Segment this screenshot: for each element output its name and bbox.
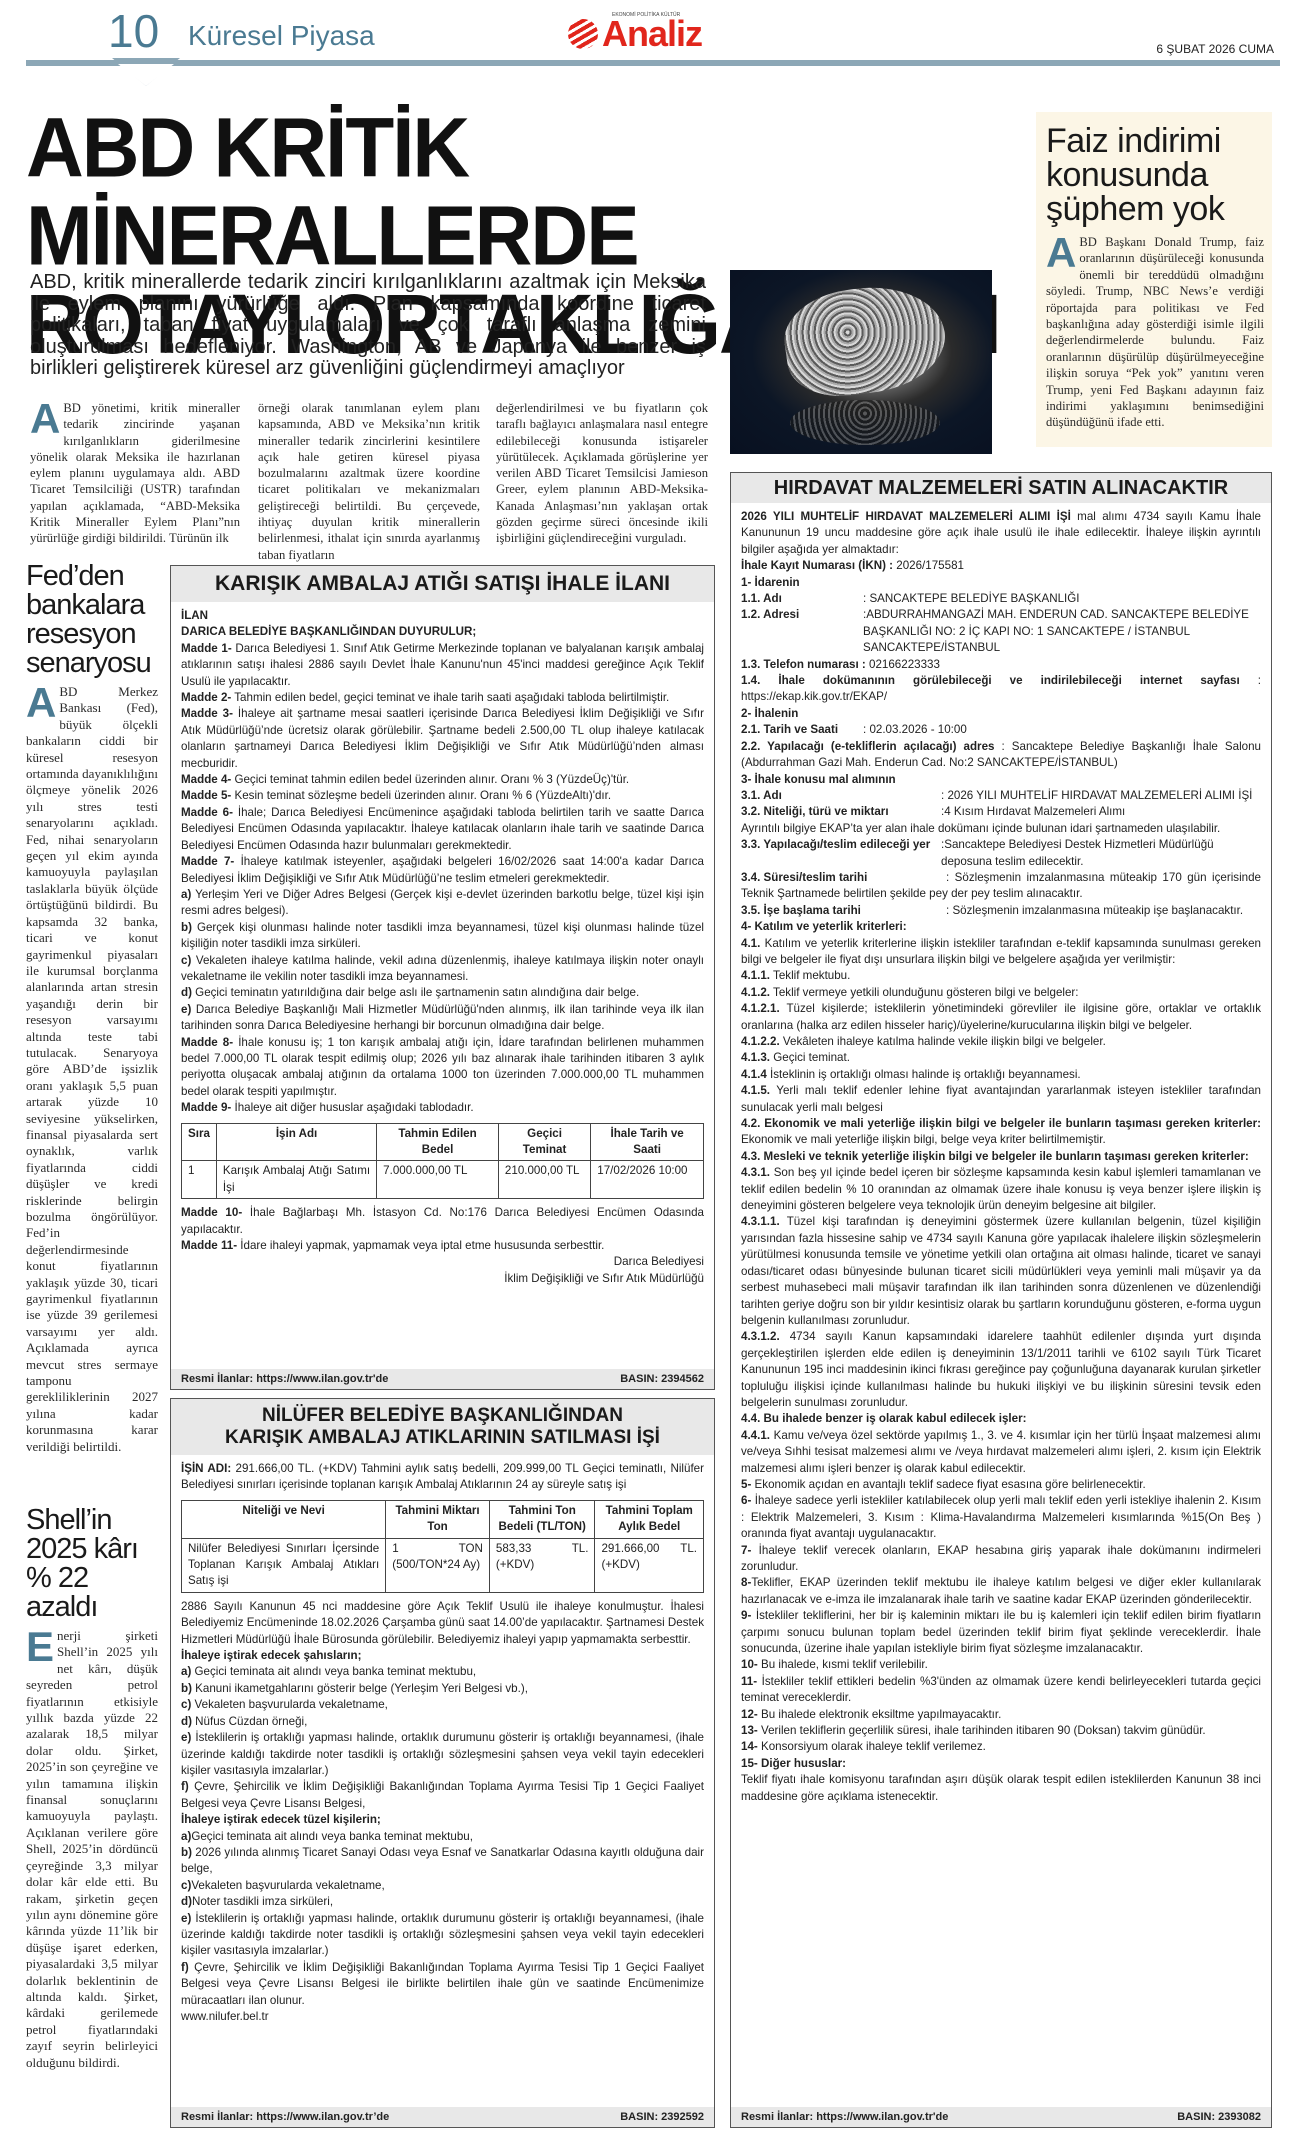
ad-title-line-2: KARIŞIK AMBALAJ ATIKLARININ SATILMASI İŞ… bbox=[171, 1427, 714, 1449]
ad-item-label: 4.3. Mesleki ve teknik yeterliğe ilişkin… bbox=[741, 1150, 1249, 1163]
section-1: 1- İdarenin bbox=[741, 575, 1261, 591]
ad-item-label: Madde 2- bbox=[181, 691, 231, 704]
kv-row: 3.2. Niteliği, türü ve miktarı:4 Kısım H… bbox=[741, 804, 1261, 820]
ad-item-text: Bu ihalede elektronik eksiltme yapılmaya… bbox=[758, 1708, 1002, 1721]
ad-item-text: İhale; Darıca Belediyesi Encümenince aşa… bbox=[181, 806, 704, 852]
ad-item: c) Vekaleten başvurularda vekaletname, bbox=[181, 1697, 704, 1713]
ad-item: 11- İstekliler teklif ettikleri bedelin … bbox=[741, 1674, 1261, 1707]
ad-item-text: Çevre, Şehircilik ve İklim Değişikliği B… bbox=[181, 1780, 704, 1809]
ad-title-line-1: NİLÜFER BELEDİYE BAŞKANLIĞINDAN bbox=[171, 1405, 714, 1427]
shell-story: Shell’in 2025 kârı % 22 azaldı Enerji şi… bbox=[26, 1506, 158, 2071]
ad-item-text: İhaleye teklif verecek olanların, EKAP h… bbox=[741, 1544, 1261, 1573]
ad-item: Madde 9- İhaleye ait diğer hususlar aşağ… bbox=[181, 1100, 704, 1116]
kv-label: 1.2. Adresi bbox=[741, 607, 863, 656]
ad-item-text: Geçici teminat tahmin edilen bedel üzeri… bbox=[231, 773, 629, 786]
ad-item-label: 15- Diğer hususlar: bbox=[741, 1757, 846, 1770]
ad-item-label: 5- bbox=[741, 1478, 751, 1491]
isin-adi-text: 291.666,00 TL. (+KDV) Tahmini aylık satı… bbox=[181, 1462, 704, 1491]
ad-item-label: b) bbox=[181, 1682, 192, 1695]
ad-item-text: Verilen tekliflerin geçerlilik süresi, i… bbox=[758, 1724, 1206, 1737]
kv-label: 3.1. Adı bbox=[741, 788, 941, 804]
nilufer-tender-ad: NİLÜFER BELEDİYE BAŞKANLIĞINDAN KARIŞIK … bbox=[170, 1398, 715, 2128]
ad-item: 4.3.1.1. Tüzel kişi tarafından iş deneyi… bbox=[741, 1214, 1261, 1329]
ad-item-label: 4.4. Bu ihalede benzer iş olarak kabul e… bbox=[741, 1412, 1026, 1425]
dropcap: A bbox=[26, 686, 56, 720]
fed-story-text: BD Merkez Bankası (Fed), büyük ölçekli b… bbox=[26, 684, 158, 1454]
ad-item-text: İstekliler tekliflerini, her bir iş kale… bbox=[741, 1609, 1261, 1655]
table-body: 1Karışık Ambalaj Atığı Satımı İşi7.000.0… bbox=[182, 1161, 704, 1199]
ad-item-label: f) bbox=[181, 1961, 189, 1974]
table-cell: 583,33 TL. (+KDV) bbox=[489, 1538, 595, 1592]
shell-story-body: Enerji şirketi Shell’in 2025 yılı net kâ… bbox=[26, 1628, 158, 2071]
kv-label: 3.4. Süresi/teslim tarihi bbox=[741, 870, 946, 886]
kv-label: 3.5. İşe başlama tarihi bbox=[741, 903, 946, 919]
ad-item: 4.1.2.1. Tüzel kişilerde; isteklilerin y… bbox=[741, 1001, 1261, 1034]
kv-label: 2.1. Tarih ve Saati bbox=[741, 722, 863, 738]
ad-item-label: 8- bbox=[741, 1576, 751, 1589]
main-story-column-2: örneği olarak tanımlanan eylem planı kap… bbox=[258, 400, 480, 563]
ad-item-text: Teklif mektubu. bbox=[770, 969, 850, 982]
ad-footer: Resmi İlanlar: https://www.ilan.gov.tr’d… bbox=[171, 2107, 714, 2127]
ad-item-text: Katılım ve yeterlik kriterlerine ilişkin… bbox=[741, 937, 1261, 966]
ad-item-text: Kesin teminat sözleşme bedeli üzerinden … bbox=[231, 789, 611, 802]
ad-item-text: İhaleye sadece yerli istekliler katılabi… bbox=[741, 1494, 1261, 1540]
ad-items: Madde 1- Darıca Belediyesi 1. Sınıf Atık… bbox=[181, 641, 704, 1117]
isin-adi: İŞİN ADI: 291.666,00 TL. (+KDV) Tahmini … bbox=[181, 1461, 704, 1494]
ad-item-label: 4.1.5. bbox=[741, 1084, 770, 1097]
ad-item-label: 4.1.2.1. bbox=[741, 1002, 780, 1015]
ad-items: 4.1. Katılım ve yeterlik kriterlerine il… bbox=[741, 936, 1261, 1773]
faiz-story-text: BD Başkanı Donald Trump, faiz oranlarını… bbox=[1046, 235, 1264, 429]
table-cell: 1 TON (500/TON*24 Ay) bbox=[386, 1538, 490, 1592]
column-text: BD yönetimi, kritik mineraller tedarik z… bbox=[30, 401, 240, 545]
ad-subtitle: DARICA BELEDİYE BAŞKANLIĞINDAN DUYURULUR… bbox=[181, 624, 704, 640]
nilufer-tender-table: Niteliği ve NeviTahmini Miktarı TonTahmi… bbox=[181, 1500, 704, 1593]
main-lead: ABD, kritik minerallerde tedarik zinciri… bbox=[30, 272, 706, 380]
ad-item-label: b) bbox=[181, 921, 192, 934]
faiz-story-box: Faiz indirimi konusunda şüphem yok ABD B… bbox=[1036, 112, 1272, 447]
table-header-cell: Tahmini Ton Bedeli (TL/TON) bbox=[489, 1500, 595, 1538]
ad-item: 15- Diğer hususlar: bbox=[741, 1756, 1261, 1772]
sahis-title: İhaleye iştirak edecek şahısların; bbox=[181, 1648, 704, 1664]
ad-signature-1: Darıca Belediyesi bbox=[181, 1254, 704, 1270]
issue-date: 6 ŞUBAT 2026 CUMA bbox=[1156, 42, 1274, 56]
kv-label: 3.2. Niteliği, türü ve miktarı bbox=[741, 804, 941, 820]
ad-press-number: BASIN: 2393082 bbox=[1177, 2111, 1261, 2123]
ad-item-text: Tüzel kişilerde; isteklilerin yönetimind… bbox=[741, 1002, 1261, 1031]
ad-paragraph: 2886 Sayılı Kanunun 45 nci maddesine gör… bbox=[181, 1599, 704, 1648]
table-row: Nilüfer Belediyesi Sınırları İçersinde T… bbox=[182, 1538, 704, 1592]
kv-value: : Sözleşmenin imzalanmasına müteakip işe… bbox=[946, 903, 1243, 919]
mineral-rock-photo bbox=[730, 270, 992, 454]
newspaper-logo[interactable]: EKONOMİ POLİTİKA KÜLTÜR Analiz bbox=[568, 16, 748, 52]
table-header-cell: Geçici Teminat bbox=[498, 1123, 590, 1161]
table-cell: 17/02/2026 10:00 bbox=[591, 1161, 704, 1199]
section-3: 3- İhale konusu mal alımının bbox=[741, 772, 1261, 788]
table-header-cell: İşin Adı bbox=[216, 1123, 376, 1161]
main-story-column-1: ABD yönetimi, kritik mineraller tedarik … bbox=[30, 400, 240, 547]
ad-item: 4.4. Bu ihalede benzer iş olarak kabul e… bbox=[741, 1411, 1261, 1427]
ad-title: KARIŞIK AMBALAJ ATIĞI SATIŞI İHALE İLANI bbox=[171, 566, 714, 602]
ad-item-text: Yerleşim Yeri ve Diğer Adres Belgesi (Ge… bbox=[181, 888, 704, 917]
ad-item-label: 4.1.4 bbox=[741, 1068, 767, 1081]
darica-tender-table: Sıraİşin AdıTahmin Edilen BedelGeçici Te… bbox=[181, 1123, 704, 1200]
ad-item-label: 4.1.2.2. bbox=[741, 1035, 780, 1048]
ad-body: 2026 YILI MUHTELİF HIRDAVAT MALZEMELERİ … bbox=[731, 503, 1271, 1805]
ad-body: İLAN DARICA BELEDİYE BAŞKANLIĞINDAN DUYU… bbox=[171, 602, 714, 1287]
ad-item-text: İsteklilerin iş ortaklığı yapması halind… bbox=[181, 1912, 704, 1958]
ad-item-text: İsteklilerin iş ortaklığı yapması halind… bbox=[181, 1731, 704, 1777]
table-header-cell: Tahmini Miktarı Ton bbox=[386, 1500, 490, 1538]
ad-item-text: Kanuni ikametgahlarını gösterir belge (Y… bbox=[192, 1682, 528, 1695]
header-rule-chevron-inner bbox=[118, 64, 174, 86]
ad-item-text: Tahmin edilen bedel, geçici teminat ve i… bbox=[231, 691, 669, 704]
ad-item: b) Gerçek kişi olunması halinde noter ta… bbox=[181, 920, 704, 953]
ad-intro-bold: 2026 YILI MUHTELİF HIRDAVAT MALZEMELERİ … bbox=[741, 510, 1071, 523]
kv-value: 02166223333 bbox=[866, 658, 940, 671]
ad-item-text: Ekonomik ve mali yeterliğe ilişkin bilgi… bbox=[741, 1133, 1106, 1146]
ad-item-label: Madde 9- bbox=[181, 1101, 231, 1114]
table-header-cell: Tahmini Toplam Aylık Bedel bbox=[595, 1500, 704, 1538]
ad-item: d)Noter tasdikli imza sirküleri, bbox=[181, 1894, 704, 1910]
logo-tagline: EKONOMİ POLİTİKA KÜLTÜR bbox=[612, 12, 680, 18]
table-header-cell: Tahmin Edilen Bedel bbox=[377, 1123, 499, 1161]
ad-item-label: 6- bbox=[741, 1494, 751, 1507]
ad-item-label: 7- bbox=[741, 1544, 751, 1557]
ad-item: 4.1.1. Teklif mektubu. bbox=[741, 968, 1261, 984]
ad-item-label: Madde 10- bbox=[181, 1206, 242, 1219]
table-header-cell: Sıra bbox=[182, 1123, 217, 1161]
ad-item-label: a) bbox=[181, 1830, 191, 1843]
ad-item: 4.4.1. Kamu ve/veya özel sektörde yapılm… bbox=[741, 1428, 1261, 1477]
ad-signature-2: İklim Değişikliği ve Sıfır Atık Müdürlüğ… bbox=[181, 1271, 704, 1287]
ad-item-label: 4.1.2. bbox=[741, 986, 770, 999]
ad-item-label: c) bbox=[181, 1879, 191, 1892]
dropcap: A bbox=[1046, 236, 1076, 270]
ad-title: NİLÜFER BELEDİYE BAŞKANLIĞINDAN KARIŞIK … bbox=[171, 1399, 714, 1455]
ad-item-label: e) bbox=[181, 1731, 191, 1744]
ad-closing: Teklif fiyatı ihale komisyonu tarafından… bbox=[741, 1772, 1261, 1805]
fed-story-body: ABD Merkez Bankası (Fed), büyük ölçekli … bbox=[26, 684, 158, 1455]
ad-item: Madde 7- İhaleye katılmak isteyenler, aş… bbox=[181, 854, 704, 887]
isin-adi-label: İŞİN ADI: bbox=[181, 1462, 231, 1475]
ad-item: 10- Bu ihalede, kısmi teklif verilebilir… bbox=[741, 1657, 1261, 1673]
ad-item: Madde 2- Tahmin edilen bedel, geçici tem… bbox=[181, 690, 704, 706]
rock-reflection bbox=[790, 400, 940, 445]
ad-item-text: Noter tasdikli imza sirküleri, bbox=[192, 1895, 333, 1908]
ad-item-label: 11- bbox=[741, 1675, 757, 1688]
ad-item-label: 14- bbox=[741, 1740, 758, 1753]
ad-item-label: 4.1. bbox=[741, 937, 760, 950]
ad-item-text: 4734 sayılı Kanun kapsamındaki idarelere… bbox=[741, 1330, 1261, 1409]
ikn: İhale Kayıt Numarası (İKN) : 2026/175581 bbox=[741, 558, 1261, 574]
hirdavat-tender-ad: HIRDAVAT MALZEMELERİ SATIN ALINACAKTIR 2… bbox=[730, 472, 1272, 2128]
ad-item-text: Vekaleten başvurularda vekaletname, bbox=[191, 1698, 388, 1711]
kv-row: 1.3. Telefon numarası : 02166223333 bbox=[741, 657, 1261, 673]
ad-item: 4.1.2.2. Vekâleten ihaleye katılma halin… bbox=[741, 1034, 1261, 1050]
ad-item-label: 4.4.1. bbox=[741, 1429, 770, 1442]
kv-label: 1.1. Adı bbox=[741, 591, 863, 607]
table-cell: 1 bbox=[182, 1161, 217, 1199]
ad-item-label: 4.1.1. bbox=[741, 969, 770, 982]
ad-item-label: Madde 8- bbox=[181, 1036, 233, 1049]
ad-item-text: Vekaleten ihaleye katılma halinde, vekil… bbox=[181, 954, 704, 983]
ad-title: HIRDAVAT MALZEMELERİ SATIN ALINACAKTIR bbox=[731, 473, 1271, 503]
ad-item: c)Vekaleten başvurularda vekaletname, bbox=[181, 1878, 704, 1894]
section-4: 4- Katılım ve yeterlik kriterleri: bbox=[741, 919, 1261, 935]
ad-item: Madde 10- İhale Bağlarbaşı Mh. İstasyon … bbox=[181, 1205, 704, 1238]
ad-item-label: b) bbox=[181, 1846, 192, 1859]
website-link[interactable]: www.nilufer.bel.tr bbox=[181, 2009, 704, 2025]
ad-item: a) Geçici teminata ait alındı veya banka… bbox=[181, 1664, 704, 1680]
ad-item-label: c) bbox=[181, 954, 191, 967]
ad-item-text: Darıca Belediyesi 1. Sınıf Atık Getirme … bbox=[181, 642, 704, 688]
ad-item-text: Yerli malı teklif edenler lehine fiyat a… bbox=[741, 1084, 1261, 1113]
ad-item-text: Geçici teminatın yatırıldığına dair belg… bbox=[192, 986, 639, 999]
ad-item: a)Geçici teminata ait alındı veya banka … bbox=[181, 1829, 704, 1845]
ad-item-text: Teklif vermeye yetkili olunduğunu göster… bbox=[770, 986, 1079, 999]
ad-item-text: Vekaleten başvurularda vekaletname, bbox=[191, 1879, 384, 1892]
ad-press-number: BASIN: 2392592 bbox=[620, 2111, 704, 2123]
table-header-row: Sıraİşin AdıTahmin Edilen BedelGeçici Te… bbox=[182, 1123, 704, 1161]
fed-story-title: Fed’den bankalara resesyon senaryosu bbox=[26, 562, 158, 678]
faiz-story-body: ABD Başkanı Donald Trump, faiz oranların… bbox=[1046, 234, 1264, 431]
ad-item-label: c) bbox=[181, 1698, 191, 1711]
globe-logo-icon bbox=[568, 19, 598, 49]
headline-line-1: ABD KRİTİK MİNERALLERDE bbox=[26, 104, 1006, 280]
ad-item-text: Ekonomik açıdan en avantajlı teklif sade… bbox=[751, 1478, 1145, 1491]
ad-item-label: Madde 5- bbox=[181, 789, 231, 802]
ad-intro: 2026 YILI MUHTELİF HIRDAVAT MALZEMELERİ … bbox=[741, 509, 1261, 558]
ad-item: c) Vekaleten ihaleye katılma halinde, ve… bbox=[181, 953, 704, 986]
ad-ilan-label: İLAN bbox=[181, 608, 704, 624]
ad-item: Madde 4- Geçici teminat tahmin edilen be… bbox=[181, 772, 704, 788]
ad-item-label: Madde 6- bbox=[181, 806, 233, 819]
ad-item-label: a) bbox=[181, 888, 191, 901]
ad-item-text: Nüfus Cüzdan örneği, bbox=[192, 1715, 307, 1728]
ad-item-text: İhaleye ait diğer hususlar aşağıdaki tab… bbox=[231, 1101, 473, 1114]
ad-item-text: Tüzel kişi tarafından iş deneyimini göst… bbox=[741, 1215, 1261, 1326]
kv-row: 3.4. Süresi/teslim tarihi: Sözleşmenin i… bbox=[741, 870, 1261, 903]
ad-item: 13- Verilen tekliflerin geçerlilik süres… bbox=[741, 1723, 1261, 1739]
kv-value: : 2026 YILI MUHTELİF HIRDAVAT MALZEMELER… bbox=[941, 788, 1252, 804]
kv-value: :4 Kısım Hırdavat Malzemeleri Alımı bbox=[941, 804, 1125, 820]
kv-row: 3.1. Adı: 2026 YILI MUHTELİF HIRDAVAT MA… bbox=[741, 788, 1261, 804]
ad-item: 4.3. Mesleki ve teknik yeterliğe ilişkin… bbox=[741, 1149, 1261, 1165]
ad-item-text: Vekâleten ihaleye katılma halinde vekile… bbox=[780, 1035, 1106, 1048]
ad-item: 4.1. Katılım ve yeterlik kriterlerine il… bbox=[741, 936, 1261, 969]
ad-footer-link[interactable]: Resmi İlanlar: https://www.ilan.gov.tr'd… bbox=[741, 2111, 948, 2123]
rock-image bbox=[778, 277, 951, 403]
ad-item-text: Geçici teminata ait alındı veya banka te… bbox=[191, 1830, 473, 1843]
dropcap: E bbox=[26, 1630, 54, 1664]
header-rule bbox=[26, 60, 1280, 66]
kv-row: 3.3. Yapılacağı/teslim edileceği yer:San… bbox=[741, 837, 1261, 870]
ikn-label: İhale Kayıt Numarası (İKN) : bbox=[741, 559, 893, 572]
ad-footer-link[interactable]: Resmi İlanlar: https://www.ilan.gov.tr’d… bbox=[181, 2111, 389, 2123]
ad-item-label: 4.3.1.2. bbox=[741, 1330, 780, 1343]
ad-item-text: İsteklinin iş ortaklığı olması halinde i… bbox=[767, 1068, 1081, 1081]
ad-item: Madde 6- İhale; Darıca Belediyesi Encüme… bbox=[181, 805, 704, 854]
note: Ayrıntılı bilgiye EKAP’ta yer alan ihale… bbox=[741, 821, 1261, 837]
ad-item-label: 10- bbox=[741, 1658, 758, 1671]
dropcap: A bbox=[30, 402, 60, 436]
kv-row: 1.2. Adresi:ABDURRAHMANGAZİ MAH. ENDERUN… bbox=[741, 607, 1261, 656]
table-cell: 210.000,00 TL bbox=[498, 1161, 590, 1199]
shell-story-title: Shell’in 2025 kârı % 22 azaldı bbox=[26, 1506, 158, 1622]
ad-item: Madde 5- Kesin teminat sözleşme bedeli ü… bbox=[181, 788, 704, 804]
ad-item: 8-Teklifler, EKAP üzerinden teklif mektu… bbox=[741, 1575, 1261, 1608]
ad-item: 4.3.1.2. 4734 sayılı Kanun kapsamındaki … bbox=[741, 1329, 1261, 1411]
ad-item-text: İstekliler teklif ettikleri bedelin %3'ü… bbox=[741, 1675, 1261, 1704]
ad-item-label: d) bbox=[181, 986, 192, 999]
ad-item: e) İsteklilerin iş ortaklığı yapması hal… bbox=[181, 1911, 704, 1960]
ad-item-text: 2026 yılında alınmış Ticaret Sanayi Odas… bbox=[181, 1846, 704, 1875]
table-cell: Karışık Ambalaj Atığı Satımı İşi bbox=[216, 1161, 376, 1199]
kv-label: 1.4. İhale dokümanının görülebileceği ve… bbox=[741, 674, 1240, 687]
ad-item-label: 4.2. Ekonomik ve mali yeterliğe ilişkin … bbox=[741, 1117, 1261, 1130]
ad-item-text: Gerçek kişi olunması halinde noter tasdi… bbox=[181, 921, 704, 950]
ad-item: e) İsteklilerin iş ortaklığı yapması hal… bbox=[181, 1730, 704, 1779]
kv-row: 3.5. İşe başlama tarihi: Sözleşmenin imz… bbox=[741, 903, 1261, 919]
ikn-value: 2026/175581 bbox=[893, 559, 964, 572]
shell-story-text: nerji şirketi Shell’in 2025 yılı net kâr… bbox=[26, 1628, 158, 2070]
ad-item-text: İdare ihaleyi yapmak, yapmamak veya ipta… bbox=[237, 1239, 604, 1252]
ad-item: 4.1.2. Teklif vermeye yetkili olunduğunu… bbox=[741, 985, 1261, 1001]
kv-label: 3.3. Yapılacağı/teslim edileceği yer bbox=[741, 837, 941, 870]
ad-item-text: Son beş yıl içinde bedel içeren bir sözl… bbox=[741, 1166, 1261, 1212]
ad-item-label: d) bbox=[181, 1895, 192, 1908]
logo-text: Analiz bbox=[602, 16, 702, 52]
ad-item: 6- İhaleye sadece yerli istekliler katıl… bbox=[741, 1493, 1261, 1542]
kv-value: :ABDURRAHMANGAZİ MAH. ENDERUN CAD. SANCA… bbox=[863, 607, 1261, 656]
ad-press-number: BASIN: 2394562 bbox=[620, 1373, 704, 1385]
ad-item: a) Yerleşim Yeri ve Diğer Adres Belgesi … bbox=[181, 887, 704, 920]
table-cell: 291.666,00 TL. (+KDV) bbox=[595, 1538, 704, 1592]
ad-item: 4.3.1. Son beş yıl içinde bedel içeren b… bbox=[741, 1165, 1261, 1214]
table-header-cell: İhale Tarih ve Saati bbox=[591, 1123, 704, 1161]
kv-value: : 02.03.2026 - 10:00 bbox=[863, 722, 967, 738]
ad-item-text: Geçici teminat. bbox=[770, 1051, 850, 1064]
ad-item-text: Teklifler, EKAP üzerinden teklif mektubu… bbox=[741, 1576, 1261, 1605]
ad-item: Madde 3- İhaleye ait şartname mesai saat… bbox=[181, 706, 704, 772]
ad-item: b) Kanuni ikametgahlarını gösterir belge… bbox=[181, 1681, 704, 1697]
ad-item: b) 2026 yılında alınmış Ticaret Sanayi O… bbox=[181, 1845, 704, 1878]
ad-item-label: e) bbox=[181, 1003, 191, 1016]
ad-item-text: Darıca Belediye Başkanlığı Mali Hizmetle… bbox=[181, 1003, 704, 1032]
ad-item: 5- Ekonomik açıdan en avantajlı teklif s… bbox=[741, 1477, 1261, 1493]
table-body: Nilüfer Belediyesi Sınırları İçersinde T… bbox=[182, 1538, 704, 1592]
table-header-cell: Niteliği ve Nevi bbox=[182, 1500, 386, 1538]
kv-value: : SANCAKTEPE BELEDİYE BAŞKANLIĞI bbox=[863, 591, 1080, 607]
ad-item-label: Madde 7- bbox=[181, 855, 234, 868]
page-number: 10 bbox=[108, 8, 159, 54]
ad-items-after: Madde 10- İhale Bağlarbaşı Mh. İstasyon … bbox=[181, 1205, 704, 1254]
table-row: 1Karışık Ambalaj Atığı Satımı İşi7.000.0… bbox=[182, 1161, 704, 1199]
ad-item: Madde 8- İhale konusu iş; 1 ton karışık … bbox=[181, 1035, 704, 1101]
ad-item-label: 13- bbox=[741, 1724, 758, 1737]
ad-item: 4.1.5. Yerli malı teklif edenler lehine … bbox=[741, 1083, 1261, 1116]
ad-item-label: d) bbox=[181, 1715, 192, 1728]
ad-item: e) Darıca Belediye Başkanlığı Mali Hizme… bbox=[181, 1002, 704, 1035]
ad-item-label: f) bbox=[181, 1780, 189, 1793]
ad-item: f) Çevre, Şehircilik ve İklim Değişikliğ… bbox=[181, 1960, 704, 2009]
ad-item-label: 12- bbox=[741, 1708, 758, 1721]
ad-item-label: 4.3.1.1. bbox=[741, 1215, 780, 1228]
fed-story: Fed’den bankalara resesyon senaryosu ABD… bbox=[26, 562, 158, 1455]
kv-row: 2.2. Yapılacağı (e-tekliflerin açılacağı… bbox=[741, 739, 1261, 772]
ad-item: d) Geçici teminatın yatırıldığına dair b… bbox=[181, 985, 704, 1001]
ad-item-text: Bu ihalede, kısmi teklif verilebilir. bbox=[758, 1658, 928, 1671]
ad-item-text: Kamu ve/veya özel sektörde yapılmış 1., … bbox=[741, 1429, 1261, 1475]
ad-item: 7- İhaleye teklif verecek olanların, EKA… bbox=[741, 1543, 1261, 1576]
ad-item-text: İhaleye katılmak isteyenler, aşağıdaki b… bbox=[181, 855, 704, 884]
kv-row: 1.4. İhale dokümanının görülebileceği ve… bbox=[741, 673, 1261, 706]
darica-tender-ad: KARIŞIK AMBALAJ ATIĞI SATIŞI İHALE İLANI… bbox=[170, 565, 715, 1390]
ad-item-text: İhale konusu iş; 1 ton karışık ambalaj a… bbox=[181, 1036, 704, 1098]
tuzel-title: İhaleye iştirak edecek tüzel kişilerin; bbox=[181, 1812, 704, 1828]
tuzel-items: a)Geçici teminata ait alındı veya banka … bbox=[181, 1829, 704, 2009]
ad-item-text: İhale Bağlarbaşı Mh. İstasyon Cd. No:176… bbox=[181, 1206, 704, 1235]
faiz-story-title: Faiz indirimi konusunda şüphem yok bbox=[1046, 124, 1264, 226]
ad-item: 12- Bu ihalede elektronik eksiltme yapıl… bbox=[741, 1707, 1261, 1723]
ad-item: d) Nüfus Cüzdan örneği, bbox=[181, 1714, 704, 1730]
ad-footer: Resmi İlanlar: https://www.ilan.gov.tr'd… bbox=[731, 2107, 1271, 2127]
ad-item-text: İhaleye ait şartname mesai saatleri içer… bbox=[181, 707, 704, 769]
ad-item-label: Madde 4- bbox=[181, 773, 231, 786]
ad-item: 4.1.4 İsteklinin iş ortaklığı olması hal… bbox=[741, 1067, 1261, 1083]
table-cell: Nilüfer Belediyesi Sınırları İçersinde T… bbox=[182, 1538, 386, 1592]
section-2: 2- İhalenin bbox=[741, 706, 1261, 722]
kv-row: 2.1. Tarih ve Saati: 02.03.2026 - 10:00 bbox=[741, 722, 1261, 738]
ad-item: 4.1.3. Geçici teminat. bbox=[741, 1050, 1261, 1066]
kv-value: :Sancaktepe Belediyesi Destek Hizmetleri… bbox=[941, 837, 1261, 870]
kv-label: 2.2. Yapılacağı (e-tekliflerin açılacağı… bbox=[741, 740, 994, 753]
table-header-row: Niteliği ve NeviTahmini Miktarı TonTahmi… bbox=[182, 1500, 704, 1538]
main-story-column-3: değerlendirilmesi ve bu fiyatların çok t… bbox=[496, 400, 708, 547]
ad-footer-link[interactable]: Resmi İlanlar: https://www.ilan.gov.tr'd… bbox=[181, 1373, 388, 1385]
ad-item: 9- İstekliler tekliflerini, her bir iş k… bbox=[741, 1608, 1261, 1657]
ad-item-label: Madde 1- bbox=[181, 642, 232, 655]
ad-item: f) Çevre, Şehircilik ve İklim Değişikliğ… bbox=[181, 1779, 704, 1812]
ad-item-label: Madde 11- bbox=[181, 1239, 237, 1252]
ad-item-text: Geçici teminata ait alındı veya banka te… bbox=[191, 1665, 476, 1678]
ad-item: Madde 11- İdare ihaleyi yapmak, yapmamak… bbox=[181, 1238, 704, 1254]
ad-item-label: 9- bbox=[741, 1609, 751, 1622]
kv-label: 1.3. Telefon numarası : bbox=[741, 658, 866, 671]
ad-item-label: Madde 3- bbox=[181, 707, 233, 720]
table-cell: 7.000.000,00 TL bbox=[377, 1161, 499, 1199]
ad-item: 4.2. Ekonomik ve mali yeterliğe ilişkin … bbox=[741, 1116, 1261, 1149]
ad-item-text: Konsorsiyum olarak ihaleye teklif verile… bbox=[758, 1740, 986, 1753]
kv-row: 1.1. Adı: SANCAKTEPE BELEDİYE BAŞKANLIĞI bbox=[741, 591, 1261, 607]
ad-item: 14- Konsorsiyum olarak ihaleye teklif ve… bbox=[741, 1739, 1261, 1755]
ad-footer: Resmi İlanlar: https://www.ilan.gov.tr'd… bbox=[171, 1369, 714, 1389]
ad-item-label: 4.3.1. bbox=[741, 1166, 770, 1179]
ad-item: Madde 1- Darıca Belediyesi 1. Sınıf Atık… bbox=[181, 641, 704, 690]
ad-item-label: a) bbox=[181, 1665, 191, 1678]
section-title: Küresel Piyasa bbox=[188, 22, 375, 50]
sahis-items: a) Geçici teminata ait alındı veya banka… bbox=[181, 1664, 704, 1812]
ad-item-text: Çevre, Şehircilik ve İklim Değişikliği B… bbox=[181, 1961, 704, 2007]
ad-item-label: 4.1.3. bbox=[741, 1051, 770, 1064]
ad-body: İŞİN ADI: 291.666,00 TL. (+KDV) Tahmini … bbox=[171, 1455, 714, 2025]
ad-item-label: e) bbox=[181, 1912, 191, 1925]
